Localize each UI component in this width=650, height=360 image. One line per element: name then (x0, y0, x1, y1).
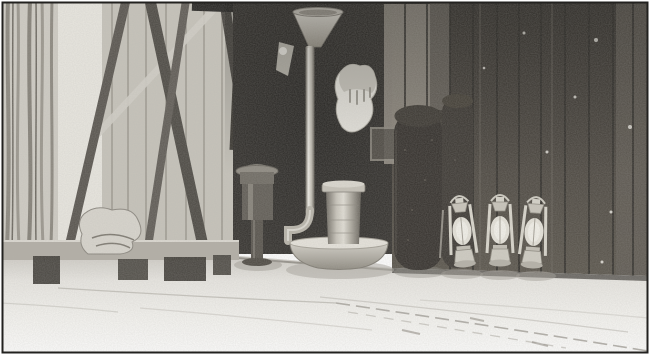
film-grain (3, 3, 647, 352)
photograph: Dim interior of a barn dairy room: a tal… (0, 0, 650, 360)
